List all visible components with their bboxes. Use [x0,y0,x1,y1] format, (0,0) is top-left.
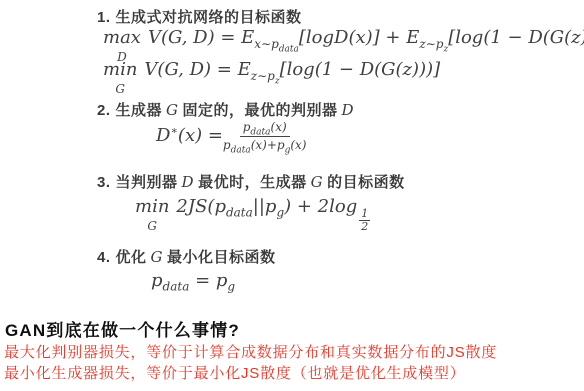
math-var-D: D [342,101,355,119]
section-3-heading: 3.当判别器D最优时，生成器G的目标函数 [97,171,405,192]
formula-part: [log(1 − D(G(z)))] [280,59,441,80]
formula-part: ||p [253,196,277,217]
section-3-title-part: 的目标函数 [327,174,405,191]
min-operator-word: min [135,196,169,219]
section-2-title-part: 固定的，最优的判别器 [183,102,338,119]
formula-text: V(G, D) = Ex∼pdata[logD(x)] + Ez∼pz[log(… [148,27,584,48]
math-var-G: G [151,248,163,266]
formula-min-objective: min G V(G, D) = Ez∼pz[log(1 − D(G(z)))] [103,59,440,95]
section-3-number: 3. [97,174,111,191]
max-operator: max D [103,27,141,63]
math-var-G: G [311,173,323,191]
fraction-denominator: 2 [361,221,368,233]
section-4-heading: 4.优化G最小化目标函数 [97,246,276,267]
subscript-data: data [163,280,190,294]
formula-part: (x)+p [251,138,285,152]
section-2-number: 2. [97,102,111,119]
subscript-text: x∼p [254,37,279,51]
subscript-data: data [226,206,253,220]
section-2-heading: 2.生成器G固定的，最优的判别器D [97,99,358,120]
star-superscript: ∗ [170,124,177,137]
subscript-text: z∼p [251,69,275,83]
section-4-title-part: 最小化目标函数 [167,249,276,266]
footer-note-minimize-generator: 最小化生成器损失，等价于最小化JS散度（也就是优化生成模型） [4,362,466,383]
formula-part: p [151,270,163,291]
section-1-number: 1. [97,9,111,26]
expectation-subscript: z∼pz [419,37,448,51]
fraction-denominator: pdata(x)+pg(x) [223,137,307,153]
formula-part: [log(1 − D(G(z)))] [448,27,584,48]
formula-part: ) + 2log [284,196,357,217]
discriminator-fraction: pdata(x) pdata(x)+pg(x) [223,120,307,153]
section-4-number: 4. [97,249,111,266]
expectation-subscript: z∼pz [251,69,280,83]
formula-part: V(G, D) = E [144,59,250,80]
subscript-g: g [227,280,235,294]
subscript-data: data [250,127,270,137]
formula-text: V(G, D) = Ez∼pz[log(1 − D(G(z)))] [144,59,440,80]
section-2-title-part: 生成器 [116,102,163,119]
formula-part: = p [189,270,227,291]
subscript-data: data [231,145,251,155]
section-4-title-part: 优化 [116,249,147,266]
formula-part: V(G, D) = E [148,27,254,48]
footer-note-maximize-discriminator: 最大化判别器损失，等价于计算合成数据分布和真实数据分布的JS散度 [4,341,497,362]
min-operator-limit: G [115,83,125,95]
subscript-g: g [276,206,284,220]
min-operator: min G [135,196,169,232]
max-operator-word: max [103,27,141,50]
min-operator-word: min [103,59,137,82]
formula-optimal-discriminator: D∗(x) = pdata(x) pdata(x)+pg(x) [156,120,307,153]
formula-part: D [156,125,170,146]
subscript-text: z∼p [419,37,443,51]
math-var-G: G [166,101,178,119]
section-3-title-part: 最优时，生成器 [198,174,307,191]
formula-text: 2JS(pdata||pg) + 2log12 [176,196,370,217]
min-operator: min G [103,59,137,95]
formula-lhs: D∗(x) = [156,125,223,148]
gan-lecture-slide: 1.生成式对抗网络的目标函数 max D V(G, D) = Ex∼pdata[… [0,0,584,391]
formula-part: [logD(x)] + E [299,27,419,48]
formula-text: pdata = pg [151,270,235,291]
expectation-subscript: x∼pdata [254,37,299,51]
section-1-heading: 1.生成式对抗网络的目标函数 [97,6,302,27]
math-var-D: D [182,173,195,191]
formula-max-objective: max D V(G, D) = Ex∼pdata[logD(x)] + Ez∼p… [103,27,584,63]
subscript-data: data [279,44,299,54]
fraction-numerator: pdata(x) [240,120,290,137]
section-1-title: 生成式对抗网络的目标函数 [116,9,302,26]
one-half-fraction: 12 [359,208,370,233]
section-3-title-part: 当判别器 [116,174,178,191]
formula-js-divergence: min G 2JS(pdata||pg) + 2log12 [135,196,370,233]
formula-part: (x) [271,120,287,134]
footer-question: GAN到底在做一个什么事情? [5,316,240,341]
formula-distribution-equality: pdata = pg [151,270,235,293]
formula-part: (x) [290,138,306,152]
formula-part: (x) = [178,125,223,146]
formula-part: 2JS(p [176,196,226,217]
formula-part: p [223,138,231,152]
min-operator-limit: G [147,220,157,232]
